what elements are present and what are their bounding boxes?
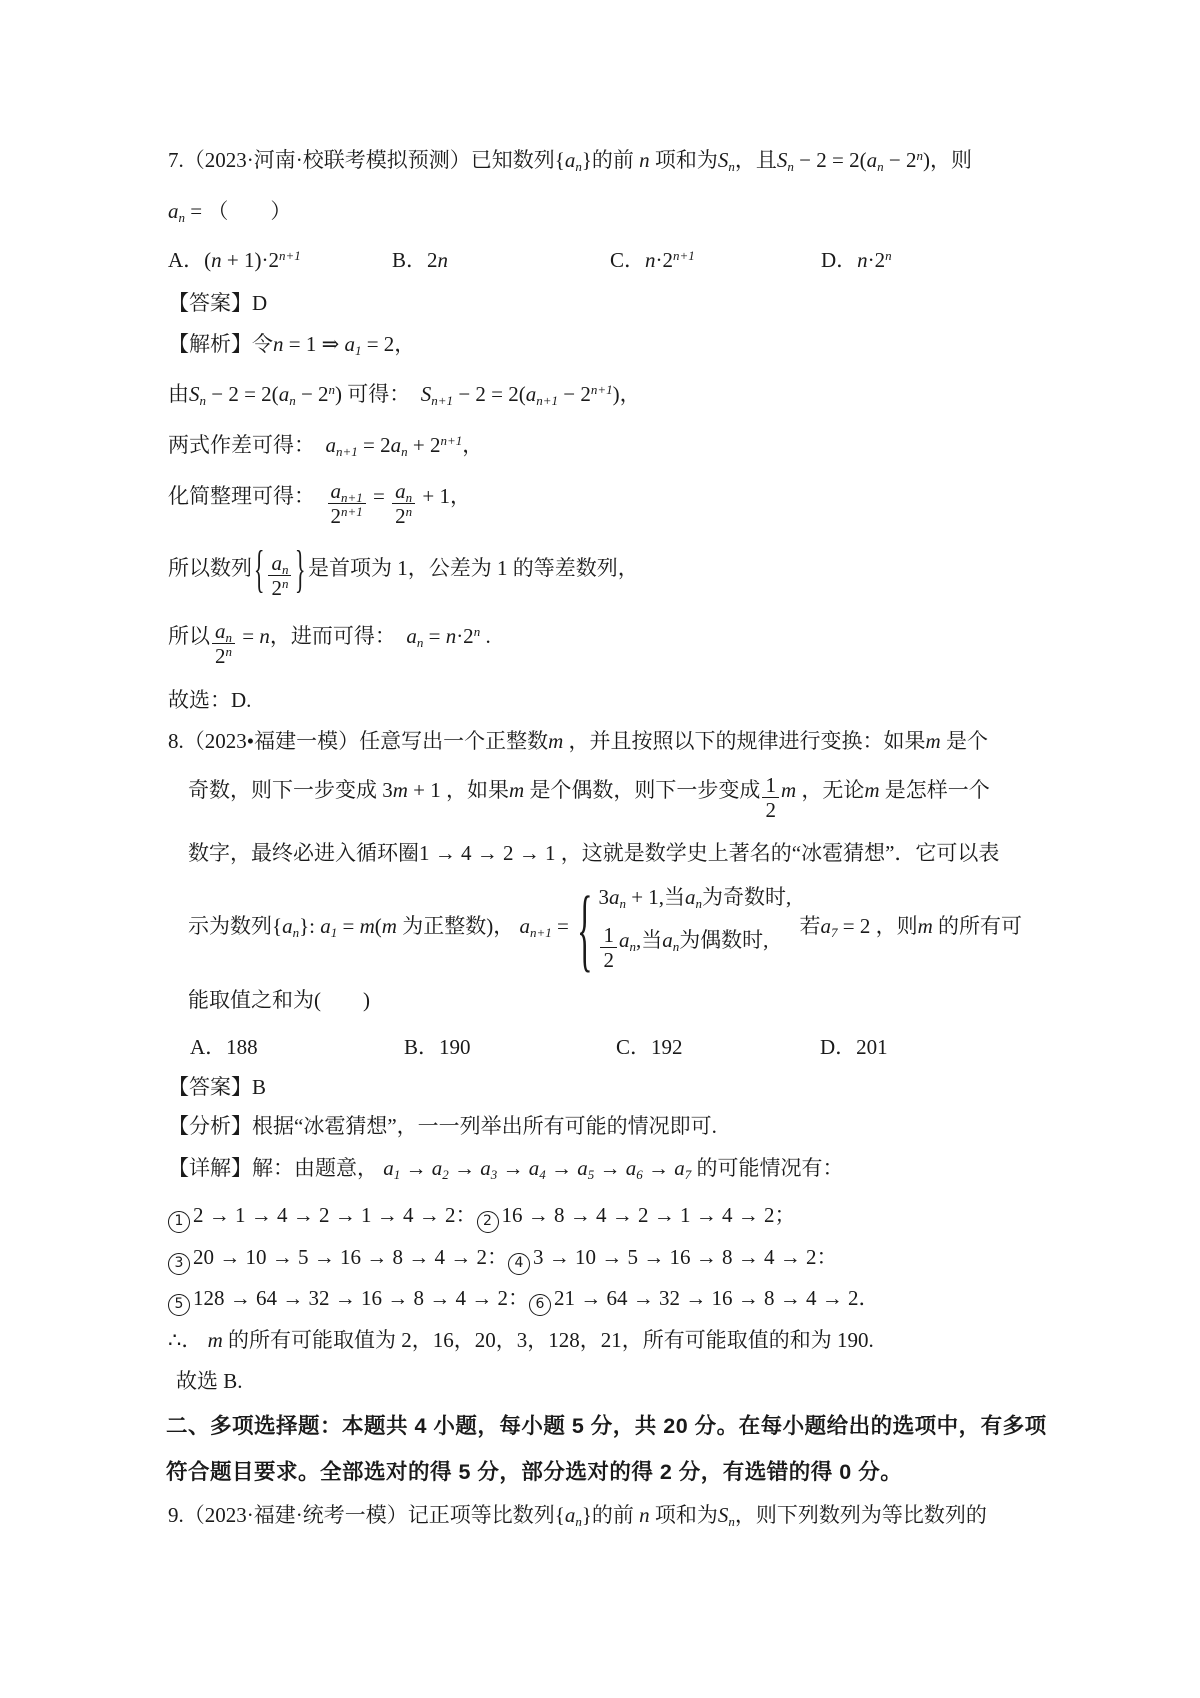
text-run: + 1 ，如果 bbox=[408, 778, 509, 802]
circled-number: 3 bbox=[168, 1253, 190, 1275]
text-run: = 2， bbox=[361, 332, 415, 356]
right-brace: } bbox=[295, 544, 307, 596]
text-run: 16 → 8 → 4 → 2 → 1 → 4 → 2； bbox=[502, 1203, 796, 1227]
text-run: ，且 bbox=[735, 148, 777, 172]
cases-left-brace: { bbox=[577, 882, 592, 975]
fraction-denominator: 2n bbox=[212, 644, 235, 667]
q8-stem-line-4: 示为数列{an}: a1 = m(m 为正整数)， an+1 = {3an + … bbox=[188, 885, 1022, 971]
text-run: − 2 bbox=[558, 382, 591, 406]
math-var: a bbox=[529, 1156, 540, 1180]
text-run: 为奇数时, bbox=[702, 885, 791, 909]
text-run: − 2 = 2( bbox=[794, 148, 867, 172]
text-run: 能取值之和为( ) bbox=[188, 988, 370, 1012]
math-var: a bbox=[867, 148, 878, 172]
subscript: n+1 bbox=[536, 393, 558, 408]
text-run: + 1， bbox=[417, 484, 471, 508]
math-var: a bbox=[609, 885, 620, 909]
circled-number: 1 bbox=[168, 1211, 190, 1233]
math-var: a bbox=[282, 914, 293, 938]
text-run: )，则 bbox=[923, 148, 972, 172]
text-run: ，无论 bbox=[796, 778, 864, 802]
text-run: 【解析】令 bbox=[168, 332, 273, 356]
fraction-numerator: an bbox=[268, 552, 291, 576]
text-run: = bbox=[368, 484, 390, 508]
text-run: 是个偶数，则下一步变成 bbox=[524, 778, 760, 802]
text-run: 为偶数时, bbox=[679, 928, 768, 952]
text-run: A．( bbox=[168, 248, 211, 272]
text-run: − 2 bbox=[884, 148, 917, 172]
fraction-numerator: an+1 bbox=[328, 480, 366, 504]
text-run: 2 bbox=[215, 644, 226, 668]
fraction: an2n bbox=[392, 480, 415, 527]
q8-option-c: C．192 bbox=[616, 1035, 683, 1060]
math-var: S bbox=[421, 382, 432, 406]
math-var: a bbox=[662, 928, 673, 952]
q8-cases-line-3: 5128 → 64 → 32 → 16 → 8 → 4 → 2：621 → 64… bbox=[168, 1286, 880, 1316]
math-var: S bbox=[189, 382, 200, 406]
math-var: n bbox=[273, 332, 284, 356]
math-var: a bbox=[565, 148, 576, 172]
text-run: 2 bbox=[271, 576, 282, 600]
text-run: 奇数，则下一步变成 3 bbox=[188, 778, 393, 802]
text-run: 为正整数)， bbox=[397, 914, 520, 938]
text-run: 2 → 1 → 4 → 2 → 1 → 4 → 2： bbox=[193, 1203, 477, 1227]
q8-stem-line-3: 数字，最终必进入循环圈1 → 4 → 2 → 1 ，这就是数学史上著名的“冰雹猜… bbox=[188, 841, 999, 866]
fraction: an2n bbox=[212, 620, 235, 667]
q8-sum-line: ∴． m 的所有可能取值为 2，16，20，3，128，21，所有可能取值的和为… bbox=[168, 1328, 874, 1353]
text-run: 21 → 64 → 32 → 16 → 8 → 4 → 2． bbox=[554, 1286, 880, 1310]
text-run: ( bbox=[375, 914, 382, 938]
text-run: ，则下列数列为等比数列的 bbox=[735, 1503, 987, 1527]
subscript: n bbox=[406, 490, 413, 505]
q8-option-a: A．188 bbox=[190, 1035, 258, 1060]
q8-stem-line-1: 8.（2023•福建一模）任意写出一个正整数m ，并且按照以下的规律进行变换：如… bbox=[168, 729, 988, 754]
math-var: m bbox=[393, 778, 408, 802]
circled-number: 5 bbox=[168, 1294, 190, 1316]
superscript: n+1 bbox=[591, 382, 613, 397]
q8-analysis: 【分析】根据“冰雹猜想”，一一列举出所有可能的情况即可. bbox=[168, 1114, 717, 1139]
text-run: 【分析】根据“冰雹猜想”，一一列举出所有可能的情况即可. bbox=[168, 1114, 717, 1138]
math-var: n bbox=[438, 248, 449, 272]
math-var: m bbox=[360, 914, 375, 938]
text-run: 二、多项选择题：本题共 4 小题，每小题 5 分，共 20 分。在每小题给出的选… bbox=[166, 1414, 1047, 1438]
math-var: n bbox=[446, 624, 457, 648]
q7-solution-line-5: 所以数列{an2n}是首项为 1，公差为 1 的等差数列， bbox=[168, 552, 639, 599]
q7-conclusion: 故选：D. bbox=[168, 688, 251, 713]
math-var: a bbox=[326, 433, 337, 457]
q7-options: A．(n + 1)·2n+1B．2nC．n·2n+1D．n·2n bbox=[168, 248, 1088, 280]
q7-stem-line-1: 7.（2023·河南·校联考模拟预测）已知数列{an}的前 n 项和为Sn，且S… bbox=[168, 148, 972, 173]
q7-solution-line-4: 化简整理可得： an+12n+1 = an2n + 1， bbox=[168, 480, 471, 527]
text-run: → bbox=[546, 1156, 578, 1180]
math-var: a bbox=[271, 551, 282, 575]
math-var: a bbox=[395, 479, 406, 503]
q7-option-c: C．n·2n+1 bbox=[610, 248, 695, 273]
text-run: ·2 bbox=[656, 248, 674, 272]
circled-number: 4 bbox=[508, 1253, 530, 1275]
superscript: n bbox=[885, 248, 892, 263]
text-run: 【答案】B bbox=[168, 1075, 266, 1099]
text-run: 由 bbox=[168, 382, 189, 406]
document-page: 7.（2023·河南·校联考模拟预测）已知数列{an}的前 n 项和为Sn，且S… bbox=[0, 0, 1200, 1698]
text-run: 7.（2023·河南·校联考模拟预测）已知数列{ bbox=[168, 148, 565, 172]
q7-stem-line-2: an = （ ） bbox=[168, 199, 291, 224]
math-var: n bbox=[211, 248, 222, 272]
math-var: a bbox=[344, 332, 355, 356]
q8-cases-line-1: 12 → 1 → 4 → 2 → 1 → 4 → 2：216 → 8 → 4 →… bbox=[168, 1203, 796, 1233]
math-var: a bbox=[215, 619, 226, 643]
text-run: + 1)·2 bbox=[222, 248, 279, 272]
text-run: ·2 bbox=[868, 248, 886, 272]
subscript: n+1 bbox=[431, 393, 453, 408]
q8-answer: 【答案】B bbox=[168, 1075, 266, 1100]
math-var: a bbox=[320, 914, 331, 938]
fraction-numerator: 1 bbox=[600, 924, 617, 948]
q8-cases-line-2: 320 → 10 → 5 → 16 → 8 → 4 → 2：43 → 10 → … bbox=[168, 1245, 838, 1275]
superscript: n bbox=[406, 504, 413, 519]
text-run: 3 bbox=[598, 885, 609, 909]
text-run: 【答案】D bbox=[168, 291, 267, 315]
q7-option-d: D．n·2n bbox=[821, 248, 892, 273]
section-2-header-line-2: 符合题目要求。全部选对的得 5 分，部分选对的得 2 分，有选错的得 0 分。 bbox=[166, 1460, 902, 1486]
text-run: = 1 ⇒ bbox=[284, 332, 345, 356]
text-run: 项和为 bbox=[650, 148, 718, 172]
fraction-denominator: 2n bbox=[392, 504, 415, 527]
q7-solution-line-1: 【解析】令n = 1 ⇒ a1 = 2， bbox=[168, 332, 415, 357]
q8-conclusion: 故选 B. bbox=[176, 1369, 243, 1394]
text-run: 所以 bbox=[168, 624, 210, 648]
text-run: 所以数列 bbox=[168, 556, 252, 580]
math-var: S bbox=[718, 148, 729, 172]
text-run: = （ ） bbox=[185, 199, 291, 223]
text-run: D． bbox=[821, 248, 857, 272]
text-run: 故选：D. bbox=[168, 688, 251, 712]
text-run: = 2 ，则 bbox=[838, 914, 918, 938]
text-run: → bbox=[497, 1156, 529, 1180]
text-run: − 2 = 2( bbox=[206, 382, 279, 406]
cases-row: 3an + 1,当an为奇数时, bbox=[598, 885, 791, 910]
q7-solution-line-2: 由Sn − 2 = 2(an − 2n) 可得： Sn+1 − 2 = 2(an… bbox=[168, 382, 641, 407]
text-run: − 2 bbox=[296, 382, 329, 406]
text-run: + 1,当 bbox=[626, 885, 685, 909]
text-run: 2 bbox=[765, 798, 776, 822]
q9-stem-line-1: 9.（2023·福建·统考一模）记正项等比数列{an}的前 n 项和为Sn，则下… bbox=[168, 1503, 987, 1528]
left-brace: { bbox=[253, 544, 265, 596]
text-run: 1 bbox=[603, 923, 614, 947]
q7-option-a: A．(n + 1)·2n+1 bbox=[168, 248, 301, 273]
math-var: a bbox=[526, 382, 537, 406]
text-run: → bbox=[449, 1156, 481, 1180]
math-var: S bbox=[777, 148, 788, 172]
text-run: ，并且按照以下的规律进行变换：如果 bbox=[563, 729, 925, 753]
fraction: 12 bbox=[600, 924, 617, 971]
text-run: 128 → 64 → 32 → 16 → 8 → 4 → 2： bbox=[193, 1286, 529, 1310]
math-var: a bbox=[577, 1156, 588, 1180]
text-run: ∴． bbox=[168, 1328, 208, 1352]
superscript: n bbox=[226, 644, 233, 659]
superscript: n+1 bbox=[440, 433, 462, 448]
q8-detail-line-1: 【详解】解：由题意， a1 → a2 → a3 → a4 → a5 → a6 →… bbox=[168, 1156, 844, 1181]
fraction-denominator: 2 bbox=[600, 948, 617, 971]
text-run: 8.（2023•福建一模）任意写出一个正整数 bbox=[168, 729, 548, 753]
math-var: a bbox=[331, 479, 342, 503]
fraction-numerator: an bbox=[212, 620, 235, 644]
text-run: B．2 bbox=[392, 248, 438, 272]
text-run: 符合题目要求。全部选对的得 5 分，部分选对的得 2 分，有选错的得 0 分。 bbox=[166, 1460, 902, 1484]
text-run: − 2 = 2( bbox=[453, 382, 526, 406]
text-run: }: bbox=[299, 914, 320, 938]
q7-option-b: B．2n bbox=[392, 248, 448, 273]
math-var: m bbox=[382, 914, 397, 938]
text-run: 【详解】解：由题意， bbox=[168, 1156, 383, 1180]
fraction: 12 bbox=[762, 774, 779, 821]
text-run: = 2 bbox=[358, 433, 391, 457]
text-run: 的所有可能取值为 2，16，20，3，128，21，所有可能取值的和为 190. bbox=[223, 1328, 874, 1352]
q8-option-b: B．190 bbox=[404, 1035, 471, 1060]
math-var: m bbox=[926, 729, 941, 753]
text-run: )， bbox=[613, 382, 641, 406]
math-var: a bbox=[432, 1156, 443, 1180]
text-run: A．188 bbox=[190, 1035, 258, 1059]
q8-options: A．188B．190C．192D．201 bbox=[190, 1035, 1110, 1067]
text-run: ，进而可得： bbox=[270, 624, 407, 648]
text-run: = bbox=[552, 914, 574, 938]
text-run: 2 bbox=[603, 948, 614, 972]
math-var: a bbox=[626, 1156, 637, 1180]
section-2-header-line-1: 二、多项选择题：本题共 4 小题，每小题 5 分，共 20 分。在每小题给出的选… bbox=[166, 1414, 1047, 1440]
text-run: 1 bbox=[765, 773, 776, 797]
superscript: n bbox=[282, 576, 289, 591]
circled-number: 6 bbox=[529, 1294, 551, 1316]
text-run: B．190 bbox=[404, 1035, 471, 1059]
braced-content: an2n bbox=[266, 556, 293, 580]
circled-number: 2 bbox=[477, 1211, 499, 1233]
text-run: 20 → 10 → 5 → 16 → 8 → 4 → 2： bbox=[193, 1245, 508, 1269]
q8-stem-line-5: 能取值之和为( ) bbox=[188, 988, 370, 1013]
text-run: }的前 bbox=[582, 148, 639, 172]
fraction-denominator: 2 bbox=[762, 798, 779, 821]
math-var: a bbox=[279, 382, 290, 406]
text-run: D．201 bbox=[820, 1035, 888, 1059]
math-var: n bbox=[857, 248, 868, 272]
q8-option-d: D．201 bbox=[820, 1035, 888, 1060]
piecewise-cases: {3an + 1,当an为奇数时,12an,当an为偶数时, bbox=[577, 885, 791, 971]
text-run: ·2 bbox=[456, 624, 474, 648]
cases-row: 12an,当an为偶数时, bbox=[598, 924, 791, 971]
q7-answer: 【答案】D bbox=[168, 291, 267, 316]
subscript: n bbox=[282, 562, 289, 577]
subscript: n+1 bbox=[341, 490, 363, 505]
superscript: n+1 bbox=[279, 248, 301, 263]
subscript: n bbox=[226, 630, 233, 645]
text-run: = bbox=[237, 624, 259, 648]
math-var: m bbox=[208, 1328, 223, 1352]
q7-solution-line-3: 两式作差可得： an+1 = 2an + 2n+1， bbox=[168, 433, 483, 458]
text-run: 的可能情况有： bbox=[691, 1156, 843, 1180]
text-run: 化简整理可得： bbox=[168, 484, 326, 508]
math-var: m bbox=[781, 778, 796, 802]
text-run: 数字，最终必进入循环圈1 → 4 → 2 → 1 ，这就是数学史上著名的“冰雹猜… bbox=[188, 841, 999, 865]
text-run: → bbox=[643, 1156, 675, 1180]
text-run: C．192 bbox=[616, 1035, 683, 1059]
fraction: an+12n+1 bbox=[328, 480, 366, 527]
math-var: a bbox=[383, 1156, 394, 1180]
math-var: m bbox=[548, 729, 563, 753]
math-var: a bbox=[480, 1156, 491, 1180]
math-var: a bbox=[565, 1503, 576, 1527]
subscript: n+1 bbox=[336, 444, 358, 459]
math-var: m bbox=[864, 778, 879, 802]
text-run: = bbox=[423, 624, 445, 648]
fraction: an2n bbox=[268, 552, 291, 599]
text-run: ,当 bbox=[636, 928, 662, 952]
q8-stem-line-2: 奇数，则下一步变成 3m + 1 ，如果m 是个偶数，则下一步变成12m ，无论… bbox=[188, 774, 990, 821]
math-var: m bbox=[918, 914, 933, 938]
text-run: 示为数列{ bbox=[188, 914, 282, 938]
fraction-numerator: 1 bbox=[762, 774, 779, 798]
text-run: 3 → 10 → 5 → 16 → 8 → 4 → 2： bbox=[533, 1245, 838, 1269]
text-run: 若 bbox=[794, 914, 820, 938]
math-var: a bbox=[821, 914, 832, 938]
superscript: n+1 bbox=[673, 248, 695, 263]
math-var: n bbox=[259, 624, 270, 648]
text-run: → bbox=[594, 1156, 626, 1180]
math-var: m bbox=[509, 778, 524, 802]
text-run: 的所有可 bbox=[933, 914, 1022, 938]
superscript: n+1 bbox=[341, 504, 363, 519]
text-run: . bbox=[480, 624, 491, 648]
text-run: 2 bbox=[395, 504, 406, 528]
text-run: 故选 B. bbox=[176, 1369, 243, 1393]
math-var: S bbox=[718, 1503, 729, 1527]
math-var: a bbox=[406, 624, 417, 648]
math-var: a bbox=[619, 928, 630, 952]
text-run: 是个 bbox=[941, 729, 988, 753]
q7-solution-line-6: 所以an2n = n，进而可得： an = n·2n . bbox=[168, 620, 491, 667]
fraction-denominator: 2n+1 bbox=[328, 504, 366, 527]
text-run: C． bbox=[610, 248, 645, 272]
math-var: a bbox=[391, 433, 402, 457]
fraction-denominator: 2n bbox=[268, 576, 291, 599]
math-var: n bbox=[639, 148, 650, 172]
text-run: 两式作差可得： bbox=[168, 433, 326, 457]
fraction-numerator: an bbox=[392, 480, 415, 504]
text-run: 2 bbox=[331, 504, 342, 528]
text-run: 是怎样一个 bbox=[880, 778, 990, 802]
cases-rows: 3an + 1,当an为奇数时,12an,当an为偶数时, bbox=[598, 885, 791, 971]
text-run: 是首项为 1，公差为 1 的等差数列， bbox=[308, 556, 639, 580]
text-run: + 2 bbox=[408, 433, 441, 457]
text-run: → bbox=[400, 1156, 432, 1180]
text-run: 9.（2023·福建·统考一模）记正项等比数列{ bbox=[168, 1503, 565, 1527]
text-run: = bbox=[337, 914, 359, 938]
text-run: ， bbox=[462, 433, 483, 457]
math-var: a bbox=[674, 1156, 685, 1180]
math-var: a bbox=[685, 885, 696, 909]
math-var: a bbox=[519, 914, 530, 938]
subscript: n+1 bbox=[530, 925, 552, 940]
math-var: n bbox=[639, 1503, 650, 1527]
math-var: n bbox=[645, 248, 656, 272]
text-run: 项和为 bbox=[650, 1503, 718, 1527]
text-run: }的前 bbox=[582, 1503, 639, 1527]
math-var: a bbox=[168, 199, 179, 223]
text-run: ) 可得： bbox=[335, 382, 421, 406]
